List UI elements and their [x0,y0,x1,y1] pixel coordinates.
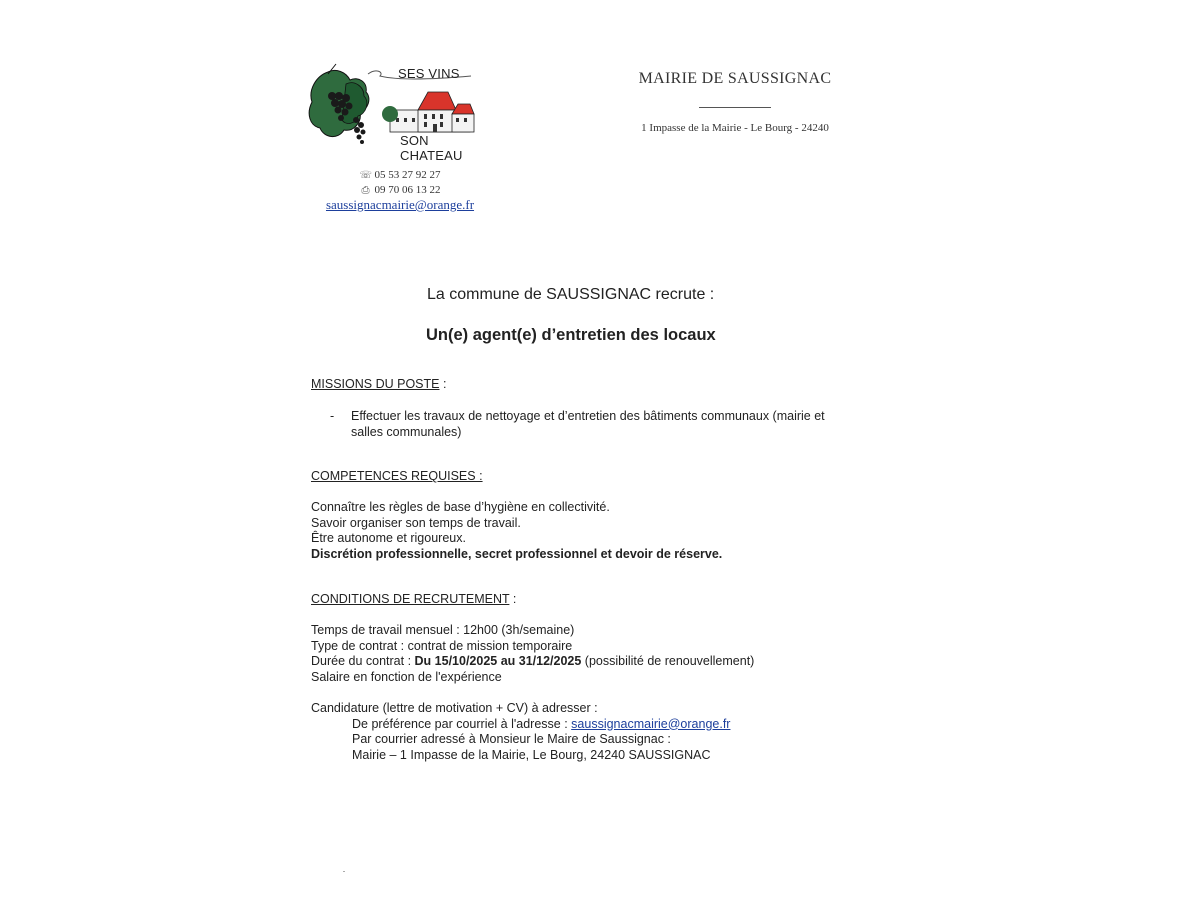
candidature-email-line: De préférence par courriel à l'adresse :… [311,717,730,733]
bullet-marker: - [330,409,334,425]
competences-heading: COMPETENCES REQUISES : [311,469,483,485]
mission-item: Effectuer les travaux de nettoyage et d’… [351,409,881,440]
job-title: Un(e) agent(e) d’entretien des locaux [426,326,716,345]
competences-list: Connaître les règles de base d’hygiène e… [311,500,722,562]
conditions-heading: CONDITIONS DE RECRUTEMENT : [311,592,516,608]
missions-title: MISSIONS DU POSTE [311,377,440,391]
missions-heading: MISSIONS DU POSTE : [311,377,446,393]
candidature-post-line: Par courrier adressé à Monsieur le Maire… [311,732,730,748]
competences-title: COMPETENCES REQUISES : [311,469,483,483]
mairie-header: MAIRIE DE SAUSSIGNAC 1 Impasse de la Mai… [600,70,870,134]
conditions-list: Temps de travail mensuel : 12h00 (3h/sem… [311,623,754,685]
competence-item: Être autonome et rigoureux. [311,531,722,547]
candidature-email-link[interactable]: saussignacmairie@orange.fr [571,717,730,731]
competence-item: Connaître les règles de base d’hygiène e… [311,500,722,516]
competence-item-bold: Discrétion professionnelle, secret profe… [311,547,722,563]
condition-duree: Durée du contrat : Du 15/10/2025 au 31/1… [311,654,754,670]
fax-number: 09 70 06 13 22 [375,184,441,196]
mairie-title: MAIRIE DE SAUSSIGNAC [600,70,870,88]
candidature-block: Candidature (lettre de motivation + CV) … [311,701,730,763]
header-divider [699,107,771,108]
mairie-address: 1 Impasse de la Mairie - Le Bourg - 2424… [600,122,870,134]
logo-top-text: SES VINS [398,66,460,81]
phone-line: ☏05 53 27 92 27 [300,168,500,183]
fax-icon: ⎙ [360,184,372,198]
phone-icon: ☏ [360,169,372,183]
phone-number: 05 53 27 92 27 [375,169,441,181]
recruitment-headline: La commune de SAUSSIGNAC recrute : [427,286,714,304]
competence-item: Savoir organiser son temps de travail. [311,516,722,532]
conditions-title: CONDITIONS DE RECRUTEMENT [311,592,509,606]
logo-bottom-text: SON CHATEAU [400,133,482,163]
condition-type: Type de contrat : contrat de mission tem… [311,639,754,655]
condition-salaire: Salaire en fonction de l'expérience [311,670,754,686]
fax-line: ⎙09 70 06 13 22 [300,183,500,198]
condition-temps: Temps de travail mensuel : 12h00 (3h/sem… [311,623,754,639]
scan-speck [343,871,345,872]
candidature-intro: Candidature (lettre de motivation + CV) … [311,701,730,717]
candidature-address: Mairie – 1 Impasse de la Mairie, Le Bour… [311,748,730,764]
contact-email-link[interactable]: saussignacmairie@orange.fr [326,197,474,212]
logo: SES VINS SON CHATEAU [306,62,482,152]
contact-block: ☏05 53 27 92 27 ⎙09 70 06 13 22 saussign… [300,168,500,213]
document-page: SES VINS SON CHATEAU ☏05 53 27 92 27 ⎙09… [0,0,1202,901]
